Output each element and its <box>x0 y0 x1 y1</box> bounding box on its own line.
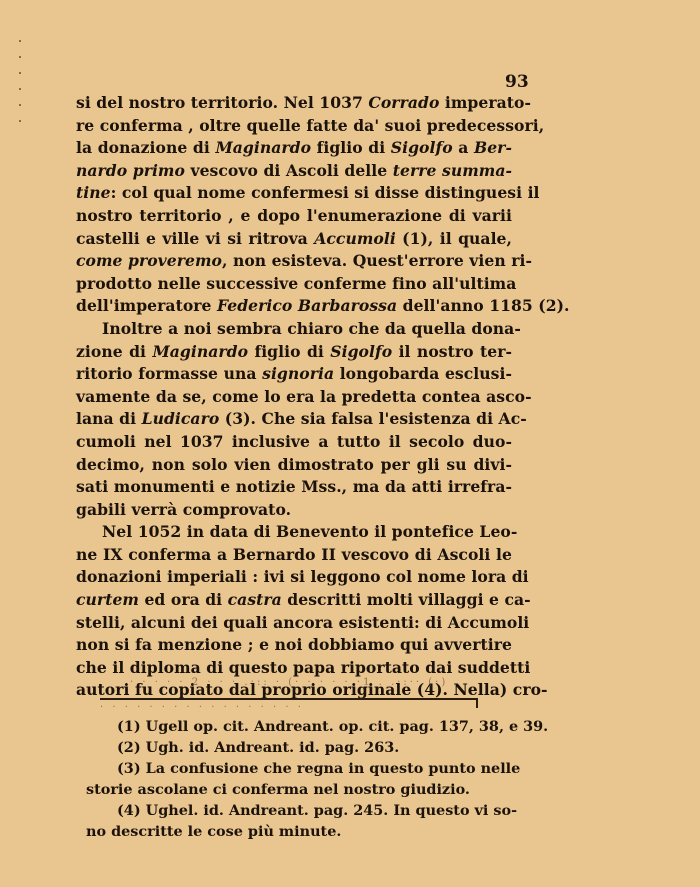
body-line: zione di Maginardo figlio di Sigolfo il … <box>76 341 512 364</box>
body-line: Inoltre a noi sembra chiaro che da quell… <box>76 318 512 341</box>
body-line: prodotto nelle successive conferme fino … <box>76 273 512 296</box>
body-line: donazioni imperiali : ivi si leggono col… <box>76 566 512 589</box>
text-run: longobarda esclusi- <box>334 364 512 383</box>
footnote-separator-rule <box>100 698 476 700</box>
body-line: vamente da se, come lo era la predetta c… <box>76 386 512 409</box>
text-run: , non esisteva. Quest'errore vien ri- <box>222 251 532 270</box>
footnote-3: (3) La confusione che regna in questo pu… <box>86 758 512 779</box>
italic-run: Ludicaro <box>142 409 220 428</box>
body-line: la donazione di Maginardo figlio di Sigo… <box>76 137 512 160</box>
text-run: figlio di <box>311 138 391 157</box>
page-number: 93 <box>505 72 529 92</box>
body-line: Nel 1052 in data di Benevento il pontefi… <box>76 521 512 544</box>
body-line: dell'imperatore Federico Barbarossa dell… <box>76 295 512 318</box>
body-line: come proveremo, non esisteva. Quest'erro… <box>76 250 512 273</box>
text-run: a <box>453 138 474 157</box>
body-line: castelli e ville vi si ritrova Accumoli … <box>76 228 512 251</box>
italic-run: nardo primo <box>76 161 185 180</box>
italic-run: Ber- <box>474 138 512 157</box>
text-run: dell'anno 1185 (2). <box>397 296 569 315</box>
bleed-through-noise: · · · · · 2 · · · .::: · (· · · · · ·1 .… <box>130 677 448 688</box>
body-line: ritorio formasse una signoria longobarda… <box>76 363 512 386</box>
margin-specks <box>19 40 21 136</box>
italic-run: castra <box>228 590 282 609</box>
italic-run: Maginardo <box>215 138 311 157</box>
italic-run: Corrado <box>368 93 439 112</box>
text-run: vamente da se, come lo era la predetta c… <box>76 387 532 406</box>
text-run: vescovo di Ascoli delle <box>185 161 393 180</box>
italic-run: Federico Barbarossa <box>217 296 397 315</box>
text-run: gabili verrà comprovato. <box>76 500 291 519</box>
body-line: si del nostro territorio. Nel 1037 Corra… <box>76 92 512 115</box>
text-run: imperato- <box>439 93 531 112</box>
text-run: nostro territorio , e dopo l'enumerazion… <box>76 206 512 225</box>
text-run: castelli e ville vi si ritrova <box>76 229 314 248</box>
text-run: dell'imperatore <box>76 296 217 315</box>
footnote-2: (2) Ugh. id. Andreant. id. pag. 263. <box>86 737 512 758</box>
italic-run: tine <box>76 183 111 202</box>
italic-run: Maginardo <box>152 342 248 361</box>
text-run: prodotto nelle successive conferme fino … <box>76 274 516 293</box>
text-run: lana di <box>76 409 142 428</box>
text-run: zione di <box>76 342 152 361</box>
body-line: stelli, alcuni dei quali ancora esistent… <box>76 612 512 635</box>
body-line: re conferma , oltre quelle fatte da' suo… <box>76 115 512 138</box>
text-run: (3). Che sia falsa l'esistenza di Ac- <box>219 409 526 428</box>
bleed-through-noise-2: · · · · · · · · · · · · · · · · · <box>100 702 304 713</box>
text-run: sati monumenti e notizie Mss., ma da att… <box>76 477 512 496</box>
italic-run: signoria <box>262 364 334 383</box>
text-run: che il diploma di questo papa riportato … <box>76 658 530 677</box>
body-line: cumoli nel 1037 inclusive a tutto il sec… <box>76 431 512 454</box>
footnote-1: (1) Ugell op. cit. Andreant. op. cit. pa… <box>86 716 512 737</box>
italic-run: terre summa- <box>393 161 512 180</box>
body-line: gabili verrà comprovato. <box>76 499 512 522</box>
footnote-3-continued: storie ascolane ci conferma nel nostro g… <box>86 779 512 800</box>
italic-run: come proveremo <box>76 251 222 270</box>
text-run: ed ora di <box>139 590 228 609</box>
body-line: lana di Ludicaro (3). Che sia falsa l'es… <box>76 408 512 431</box>
footnotes: (1) Ugell op. cit. Andreant. op. cit. pa… <box>86 716 512 842</box>
text-run: la donazione di <box>76 138 215 157</box>
text-run: figlio di <box>248 342 330 361</box>
text-run: Inoltre a noi sembra chiaro che da quell… <box>102 319 521 338</box>
text-run: cumoli nel 1037 inclusive a tutto il sec… <box>76 432 512 451</box>
text-run: donazioni imperiali : ivi si leggono col… <box>76 567 529 586</box>
body-line: nostro territorio , e dopo l'enumerazion… <box>76 205 512 228</box>
text-run: ne IX conferma a Bernardo II vescovo di … <box>76 545 512 564</box>
text-run: decimo, non solo vien dimostrato per gli… <box>76 455 512 474</box>
body-line: ne IX conferma a Bernardo II vescovo di … <box>76 544 512 567</box>
footnote-4: (4) Ughel. id. Andreant. pag. 245. In qu… <box>86 800 512 821</box>
text-run: : col qual nome confermesi si disse dist… <box>111 183 540 202</box>
body-line: nardo primo vescovo di Ascoli delle terr… <box>76 160 512 183</box>
body-line: decimo, non solo vien dimostrato per gli… <box>76 454 512 477</box>
body-line: tine: col qual nome confermesi si disse … <box>76 182 512 205</box>
text-run: Nel 1052 in data di Benevento il pontefi… <box>102 522 517 541</box>
italic-run: Sigolfo <box>391 138 453 157</box>
italic-run: Accumoli <box>314 229 396 248</box>
italic-run: Sigolfo <box>330 342 392 361</box>
footnote-4-continued: no descritte le cose più minute. <box>86 821 512 842</box>
body-line: curtem ed ora di castra descritti molti … <box>76 589 512 612</box>
body-line: sati monumenti e notizie Mss., ma da att… <box>76 476 512 499</box>
text-run: re conferma , oltre quelle fatte da' suo… <box>76 116 544 135</box>
text-run: descritti molti villaggi e ca- <box>282 590 531 609</box>
text-run: si del nostro territorio. Nel 1037 <box>76 93 368 112</box>
text-run: ritorio formasse una <box>76 364 262 383</box>
text-run: stelli, alcuni dei quali ancora esistent… <box>76 613 529 632</box>
text-run: (1), il quale, <box>396 229 512 248</box>
body-text: si del nostro territorio. Nel 1037 Corra… <box>76 92 512 702</box>
italic-run: curtem <box>76 590 139 609</box>
body-line: non si fa menzione ; e noi dobbiamo qui … <box>76 634 512 657</box>
text-run: il nostro ter- <box>392 342 512 361</box>
text-run: non si fa menzione ; e noi dobbiamo qui … <box>76 635 512 654</box>
